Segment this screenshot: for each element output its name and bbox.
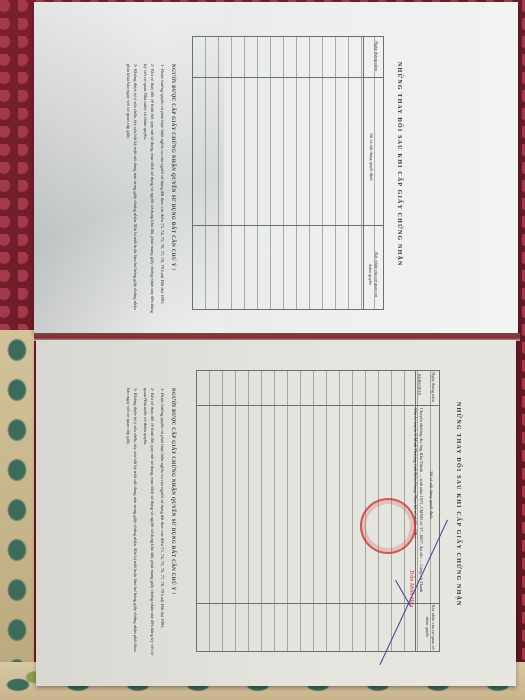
notes-block-top: NGƯỜI ĐƯỢC CẤP GIẤY CHỨNG NHẬN QUYỀN SỬ … bbox=[122, 64, 176, 314]
official-stamp bbox=[360, 498, 416, 554]
col-header-confirmation: Xác nhận của cơ quan có thẩm quyền bbox=[367, 247, 379, 302]
entry-date: 04/06/2018 bbox=[417, 374, 422, 395]
notes-title: NGƯỜI ĐƯỢC CẤP GIẤY CHỨNG NHẬN QUYỀN SỬ … bbox=[169, 388, 176, 658]
col-header-date: Ngày tháng năm bbox=[430, 372, 436, 402]
changes-table-top bbox=[192, 36, 384, 310]
note-item: 3- Không được tự ý sửa chữa, tẩy xóa bất… bbox=[125, 64, 139, 314]
tablecloth-pattern-left bbox=[0, 330, 34, 670]
note-item: 2- Khi có thay đổi về hình thể, quy mô s… bbox=[142, 64, 156, 314]
col-header-date: Ngày tháng năm bbox=[373, 40, 379, 72]
note-item: 1- Được hưởng quyền và phải thực hiện ng… bbox=[159, 64, 166, 314]
note-item: 1- Được hưởng quyền và phải thực hiện ng… bbox=[159, 388, 166, 658]
bottom-page: NHỮNG THAY ĐỔI SAU KHI CẤP GIẤY CHỨNG NH… bbox=[36, 340, 516, 686]
col-header-decision: Số và nội dung quyết định bbox=[368, 102, 374, 212]
top-page: NHỮNG THAY ĐỔI SAU KHI CẤP GIẤY CHỨNG NH… bbox=[34, 2, 518, 334]
col-header-confirmation: Xác nhận của cơ quan có thẩm quyền bbox=[424, 604, 436, 650]
notes-block-bottom: NGƯỜI ĐƯỢC CẤP GIẤY CHỨNG NHẬN QUYỀN SỬ … bbox=[122, 388, 176, 658]
col-header-decision: Số và nội dung quyết định bbox=[428, 440, 434, 550]
table-title-bottom: NHỮNG THAY ĐỔI SAU KHI CẤP GIẤY CHỨNG NH… bbox=[455, 402, 461, 607]
note-item: 3- Không được tự ý sửa chữa, tẩy xóa bất… bbox=[125, 388, 139, 658]
notes-title: NGƯỜI ĐƯỢC CẤP GIẤY CHỨNG NHẬN QUYỀN SỬ … bbox=[169, 64, 176, 314]
note-item: 2- Khi có thay đổi về hình thể, quy mô s… bbox=[142, 388, 156, 658]
table-title-top: NHỮNG THAY ĐỔI SAU KHI CẤP GIẤY CHỨNG NH… bbox=[396, 62, 402, 267]
